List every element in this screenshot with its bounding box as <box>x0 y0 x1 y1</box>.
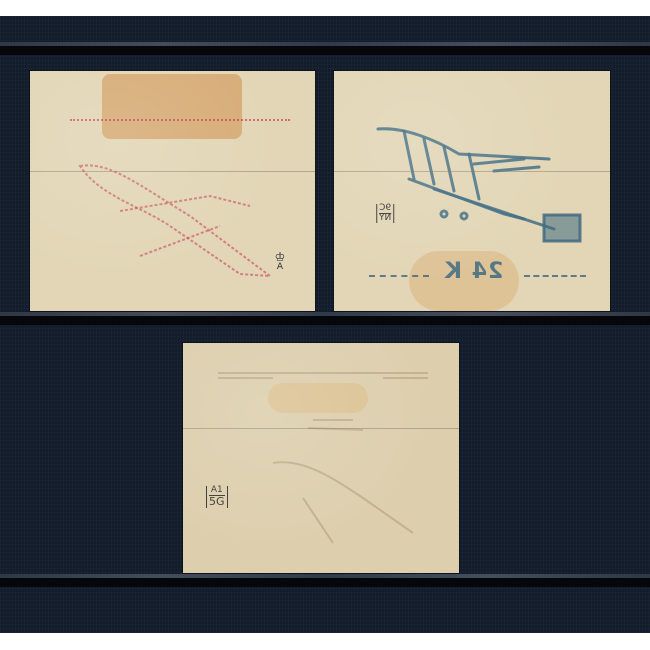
show-through-line <box>70 119 290 123</box>
stamp-bottom[interactable]: A1 5G <box>183 343 459 573</box>
value-text: 24 K <box>444 259 503 284</box>
stamp-top-right[interactable]: 9C NY 24 K <box>334 71 610 311</box>
fold-line <box>30 171 315 172</box>
expert-mark-line1: A1 <box>209 486 225 495</box>
expert-mark-line1: 9C <box>379 204 391 213</box>
biplane-show-through-icon <box>374 119 589 244</box>
stock-strip <box>0 46 650 55</box>
show-through-line <box>524 275 586 280</box>
hinge-stain <box>102 74 242 139</box>
expert-mark-line2: 5G <box>209 495 225 508</box>
stock-strip <box>0 316 650 325</box>
expert-mark: ♔ A <box>273 252 287 272</box>
expert-mark: 9C NY <box>376 204 394 223</box>
stamp-top-left[interactable]: ♔ A <box>30 71 315 311</box>
fold-line <box>183 428 459 429</box>
show-through-line <box>369 275 429 280</box>
expert-mark-line2: NY <box>379 213 391 223</box>
airplane-show-through-icon <box>70 156 290 286</box>
fold-line <box>334 171 610 172</box>
expert-mark: A1 5G <box>206 486 228 508</box>
airplane-show-through-icon <box>213 368 443 548</box>
crown-icon: ♔ <box>273 252 287 262</box>
stock-strip <box>0 578 650 587</box>
